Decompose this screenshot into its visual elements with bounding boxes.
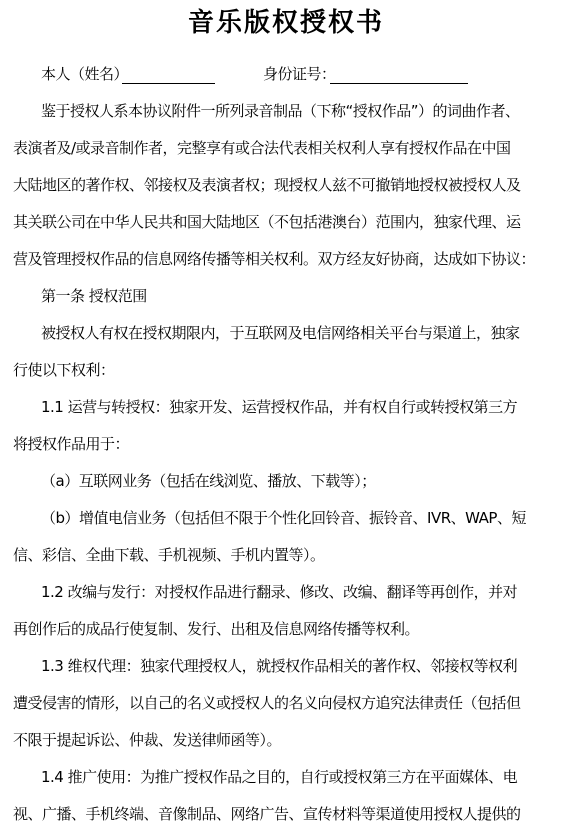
doc-line: 1.4 推广使用：为推广授权作品之目的，自行或授权第三方在平面媒体、电	[13, 759, 562, 796]
id-number-blank-field	[330, 83, 468, 84]
doc-line: 1.2 改编与发行：对授权作品进行翻录、修改、改编、翻译等再创作，并对	[13, 574, 562, 611]
doc-line: 表演者及/或录音制作者，完整享有或合法代表相关权利人享有授权作品在中国	[13, 130, 562, 167]
doc-line: 其关联公司在中华人民共和国大陆地区（不包括港澳台）范围内，独家代理、运	[13, 204, 562, 241]
document-body: 鉴于授权人系本协议附件一所列录音制品（下称“授权作品”）的词曲作者、 表演者及/…	[13, 93, 562, 832]
id-number-label: 身份证号：	[263, 63, 336, 84]
doc-line: 鉴于授权人系本协议附件一所列录音制品（下称“授权作品”）的词曲作者、	[13, 93, 562, 130]
doc-line: （a）互联网业务（包括在线浏览、播放、下载等）；	[13, 463, 562, 500]
document-title: 音乐版权授权书	[0, 2, 572, 39]
signer-info-line: 本人（姓名） 身份证号：	[0, 63, 572, 89]
doc-line: （b）增值电信业务（包括但不限于个性化回铃音、振铃音、IVR、WAP、短	[13, 500, 562, 537]
doc-line: 大陆地区的著作权、邻接权及表演者权；现授权人兹不可撤销地授权被授权人及	[13, 167, 562, 204]
doc-line: 信、彩信、全曲下载、手机视频、手机内置等）。	[13, 537, 562, 574]
section-heading: 第一条 授权范围	[13, 278, 562, 315]
doc-line: 遭受侵害的情形，以自己的名义或授权人的名义向侵权方追究法律责任（包括但	[13, 685, 562, 722]
doc-line: 将授权作品用于：	[13, 426, 562, 463]
name-blank-field	[122, 83, 215, 84]
doc-line: 再创作后的成品行使复制、发行、出租及信息网络传播等权利。	[13, 611, 562, 648]
name-label: 本人（姓名）	[41, 63, 128, 84]
doc-line: 视、广播、手机终端、音像制品、网络广告、宣传材料等渠道使用授权人提供的	[13, 796, 562, 832]
doc-line: 1.1 运营与转授权：独家开发、运营授权作品，并有权自行或转授权第三方	[13, 389, 562, 426]
doc-line: 不限于提起诉讼、仲裁、发送律师函等）。	[13, 722, 562, 759]
doc-line: 行使以下权利：	[13, 352, 562, 389]
doc-line: 营及管理授权作品的信息网络传播等相关权利。双方经友好协商，达成如下协议：	[13, 241, 562, 278]
doc-line: 1.3 维权代理：独家代理授权人，就授权作品相关的著作权、邻接权等权利	[13, 648, 562, 685]
document-page: 音乐版权授权书 本人（姓名） 身份证号： 鉴于授权人系本协议附件一所列录音制品（…	[0, 0, 572, 832]
doc-line: 被授权人有权在授权期限内，于互联网及电信网络相关平台与渠道上，独家	[13, 315, 562, 352]
